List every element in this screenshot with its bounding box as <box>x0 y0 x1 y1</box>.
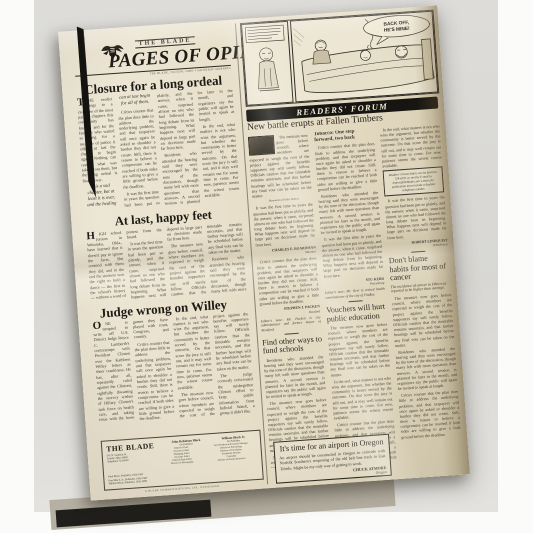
body-text: Critics counter that the plan does littl… <box>118 108 159 190</box>
body-text: Critics counter that the plan does littl… <box>398 389 461 440</box>
letter-schools-headline: Find other ways to fund schools <box>262 335 323 356</box>
staff-column: Vice President and General Manager Direc… <box>214 443 249 463</box>
staff-column: Editor-in-Chief Executive Editor Managin… <box>170 446 194 465</box>
letter-divider-rule <box>411 251 425 253</box>
masthead-address: 541 N. Superior St. Toledo, Ohio 43660 T… <box>107 450 159 464</box>
letter-airport-box: It's time for an airport in Oregon An ai… <box>273 434 392 484</box>
drop-cap: O <box>92 321 102 331</box>
body-text: It was the first time in years the quest… <box>321 233 384 278</box>
body-text: In the end, what matters is not who wins… <box>380 123 443 168</box>
letters-info-box: Readers' Forum letters can be faxed to 7… <box>383 167 445 197</box>
editorial-section: THE BLADE PAGES OF OPINION THE BLADE, TO… <box>72 26 260 495</box>
body-text: The measure now goes before council, whe… <box>327 322 390 378</box>
letter-divider-rule <box>285 333 299 335</box>
body-text: Critics counter that the plan does littl… <box>134 340 175 422</box>
editorial-happyfeet-body: H IGH school juniors in Wetumka, Okla., … <box>86 221 247 304</box>
body-text: In the end, what matters is not who wins… <box>200 122 240 199</box>
editors-note: Editor's note: Mr. Kerr is retired healt… <box>325 287 385 300</box>
photo-scene: THE BLADE PAGES OF OPINION THE BLADE, TO… <box>0 0 533 533</box>
letter-vouchers-headline: Vouchers will hurt public education <box>326 303 387 324</box>
masthead-right: John Robinson Block Co-Publisher William… <box>161 434 259 483</box>
letter-divider-rule <box>349 301 363 303</box>
editorial-willey-body: O NE is tempted to write off U.S. Distri… <box>92 311 256 438</box>
body-text: Residents who attended the hearing said … <box>395 346 458 391</box>
editors-note: Editor's note: Mr. Packen is city admini… <box>261 315 322 333</box>
staff-listing: Editor-in-Chief Executive Editor Managin… <box>161 442 257 466</box>
body-text: Residents who attended the hearing said … <box>318 190 381 235</box>
blade-crest-icon <box>99 39 126 63</box>
drop-cap: H <box>86 231 96 241</box>
body-text: Critics counter that the plan does littl… <box>256 256 319 307</box>
body-text: Critics counter that the plan does littl… <box>315 141 378 192</box>
letter-photo <box>248 135 275 156</box>
body-text: In the end, what matters is not who wins… <box>173 314 213 391</box>
editorial-cartoon: BACK OFF, HE'S MINE! <box>240 10 439 107</box>
readers-forum-section: BACK OFF, HE'S MINE! READERS' FORUM New … <box>240 10 463 468</box>
masthead-box: THE BLADE 541 N. Superior St. Toledo, Oh… <box>101 429 264 490</box>
body-text: In the end, what matters is not who wins… <box>331 375 394 420</box>
editorial-closure-body: T HE verdict brings to a close one of th… <box>77 88 241 215</box>
forum-columns: The measure now goes before council, whe… <box>248 123 463 468</box>
body-text: Residents who attended the hearing said … <box>263 354 326 399</box>
newspaper-page: THE BLADE PAGES OF OPINION THE BLADE, TO… <box>58 5 470 500</box>
body-text: It was the first time in years the quest… <box>253 202 316 247</box>
body-text: The judge correctly eviscerated the misb… <box>217 371 255 416</box>
letter-cancer-headline: Don't blame habits for most of cancer <box>389 254 451 283</box>
body-text: It was the first time in years the quest… <box>385 195 448 240</box>
masthead-left: THE BLADE 541 N. Superior St. Toledo, Oh… <box>106 440 160 485</box>
publisher-history: Paul Block, Publisher, 1926-1941 Paul Bl… <box>108 472 160 486</box>
body-text: The measure now goes before council, whe… <box>391 292 454 348</box>
